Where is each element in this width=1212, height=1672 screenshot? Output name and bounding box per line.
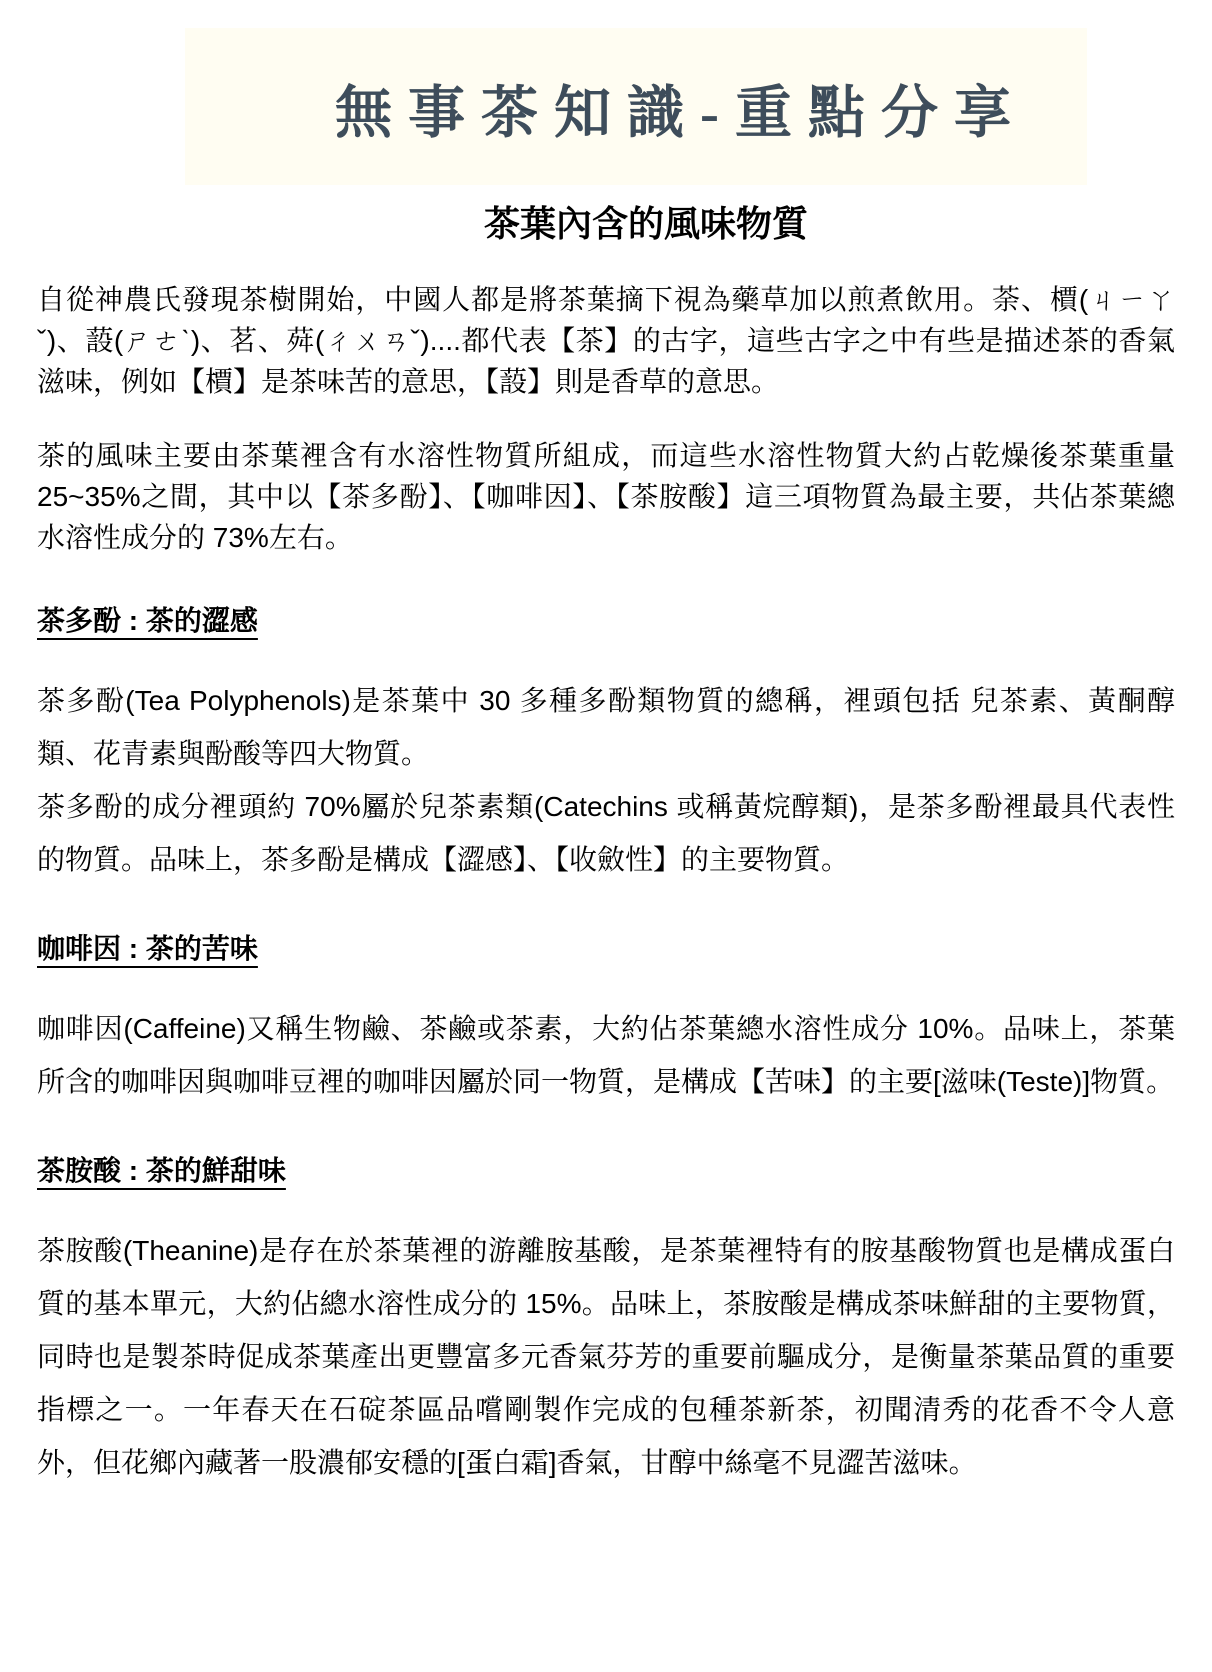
intro-paragraph-1: 自從神農氏發現茶樹開始，中國人都是將茶葉摘下視為藥草加以煎煮飲用。荼、檟(ㄐㄧㄚ… [37, 279, 1175, 402]
theanine-paragraph-1: 茶胺酸(Theanine)是存在於茶葉裡的游離胺基酸，是茶葉裡特有的胺基酸物質也… [37, 1224, 1175, 1489]
section-heading-polyphenols: 茶多酚 : 茶的澀感 [37, 604, 1175, 638]
caffeine-paragraph-1: 咖啡因(Caffeine)又稱生物鹼、茶鹼或茶素，大約佔茶葉總水溶性成分 10%… [37, 1002, 1175, 1108]
document-body: 自從神農氏發現茶樹開始，中國人都是將茶葉摘下視為藥草加以煎煮飲用。荼、檟(ㄐㄧㄚ… [0, 279, 1212, 1489]
page-subtitle: 茶葉內含的風味物質 [0, 202, 1212, 246]
polyphenols-paragraph-1: 茶多酚(Tea Polyphenols)是茶葉中 30 多種多酚類物質的總稱，裡… [37, 674, 1175, 780]
section-heading-caffeine: 咖啡因 : 茶的苦味 [37, 932, 1175, 966]
page-title: 無事茶知識-重點分享 [0, 0, 1212, 144]
section-heading-polyphenols-text: 茶多酚 : 茶的澀感 [37, 605, 258, 636]
section-heading-caffeine-text: 咖啡因 : 茶的苦味 [37, 933, 258, 964]
section-heading-theanine: 茶胺酸 : 茶的鮮甜味 [37, 1154, 1175, 1188]
polyphenols-paragraph-2: 茶多酚的成分裡頭約 70%屬於兒茶素類(Catechins 或稱黃烷醇類)，是茶… [37, 780, 1175, 886]
document-page: 無事茶知識-重點分享 茶葉內含的風味物質 自從神農氏發現茶樹開始，中國人都是將茶… [0, 0, 1212, 1672]
intro-paragraph-2: 茶的風味主要由茶葉裡含有水溶性物質所組成，而這些水溶性物質大約占乾燥後茶葉重量2… [37, 435, 1175, 558]
section-heading-theanine-text: 茶胺酸 : 茶的鮮甜味 [37, 1155, 286, 1186]
